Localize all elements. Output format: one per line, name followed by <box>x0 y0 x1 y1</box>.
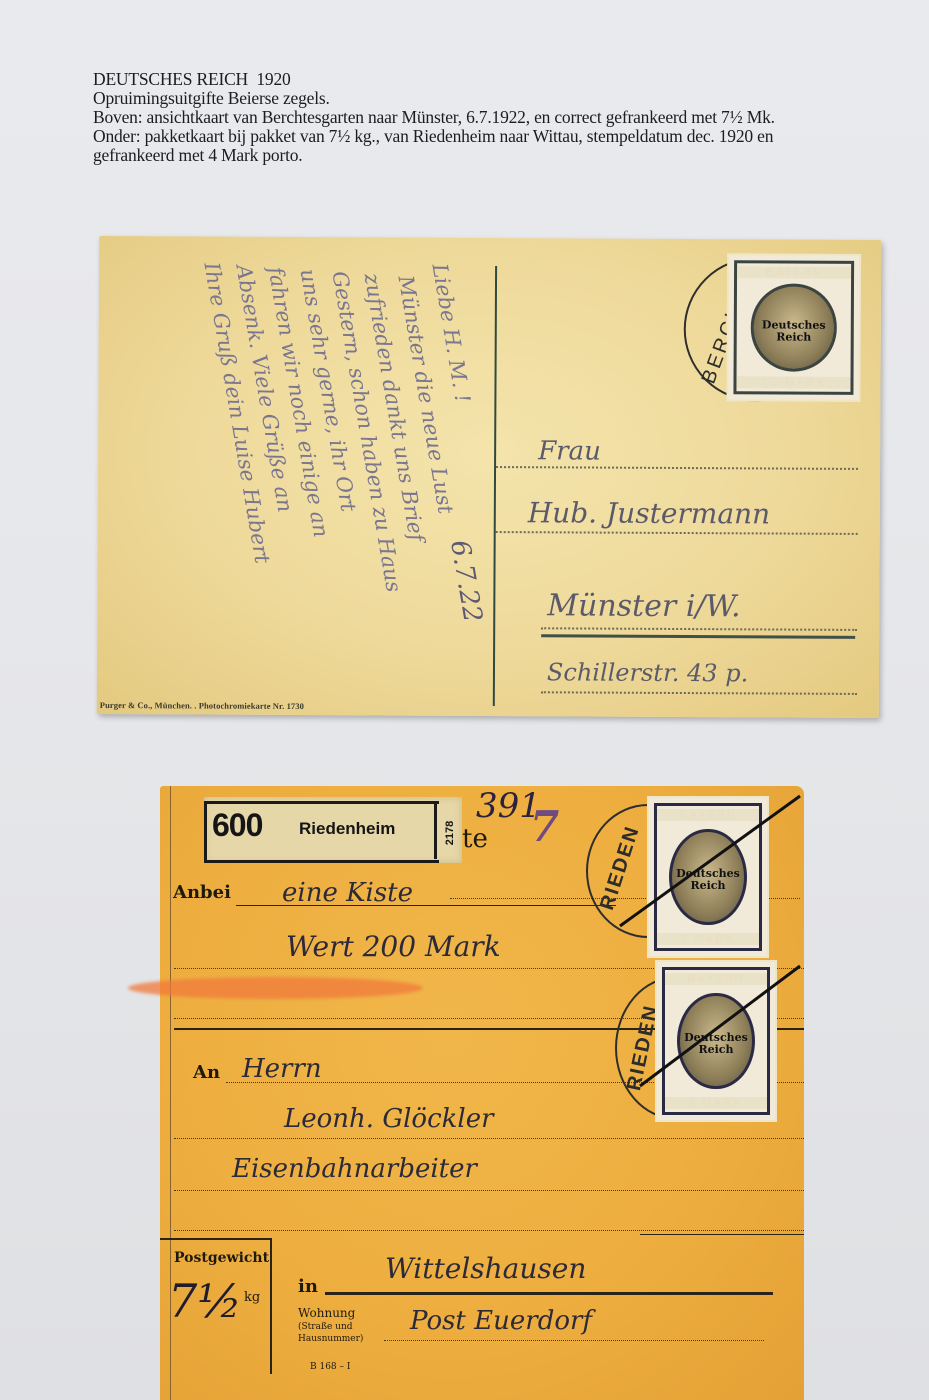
page-caption: DEUTSCHES REICH 1920 Opruimingsuitgifte … <box>93 70 833 165</box>
lower-dots <box>174 1230 804 1231</box>
caption-title: DEUTSCHES REICH 1920 <box>93 70 833 89</box>
weight-box: Postgewicht 7½ kg <box>160 1238 272 1374</box>
label-place: Riedenheim <box>299 819 395 839</box>
stamp-value: 1½ MARK <box>736 376 850 389</box>
message-date: 6.7.22 <box>444 538 488 625</box>
an-value: Herrn <box>242 1054 322 1084</box>
postcard-berchtesgaden: Liebe H. M. ! Münster die neue Lust zufr… <box>97 236 881 718</box>
an-label: An <box>193 1062 220 1083</box>
cancellation-strokes <box>600 786 804 1126</box>
wohnung-dots <box>384 1340 764 1341</box>
postcard-divider <box>493 266 497 706</box>
weight-label: Postgewicht <box>174 1250 269 1266</box>
stamp-bayern-1-5-mark: BAYERN Deutsches Reich 1½ MARK <box>728 255 859 400</box>
address-underline <box>541 634 855 639</box>
in-value: Wittelshausen <box>385 1252 586 1285</box>
label-code: 2178 <box>444 821 456 845</box>
wohnung-value: Post Euerdorf <box>410 1306 592 1336</box>
wohnung-sub-2: Hausnummer) <box>298 1334 363 1344</box>
anbei-value: eine Kiste <box>282 878 413 908</box>
caption-line-1: Opruimingsuitgifte Beierse zegels. <box>93 89 833 108</box>
address-line: Frau <box>538 436 601 466</box>
address-line: Schillerstr. 43 p. <box>547 658 748 687</box>
wohnung-label: Wohnung <box>298 1306 355 1320</box>
label-number: 600 <box>212 807 262 844</box>
recipient-occupation: Eisenbahnarbeiter <box>232 1154 477 1184</box>
purple-mark: 7 <box>530 802 559 851</box>
occupation-dots <box>174 1190 804 1191</box>
recipient-name: Leonh. Glöckler <box>284 1104 494 1134</box>
header-fragment: te <box>462 824 488 854</box>
label-separator <box>434 801 437 859</box>
address-rule <box>496 531 858 535</box>
parcel-card-riedenheim: 600 Riedenheim 2178 te 391 7 Anbei eine … <box>160 786 804 1400</box>
postcard-message: Liebe H. M. ! Münster die neue Lust zufr… <box>97 236 489 698</box>
orange-crayon-mark <box>128 977 423 999</box>
parcel-label: 600 Riedenheim 2178 <box>204 797 462 863</box>
address-rule <box>496 466 858 470</box>
stamp-country: BAYERN <box>737 266 851 279</box>
wert-value: Wert 200 Mark <box>286 930 501 963</box>
caption-line-3: Onder: pakketkaart bij pakket van 7½ kg.… <box>93 127 833 165</box>
form-number: B 168 – I <box>310 1362 350 1372</box>
publisher-imprint: Purger & Co., München. . Photochromiekar… <box>100 700 304 711</box>
name-dots <box>174 1138 804 1139</box>
address-rule <box>541 691 857 695</box>
stamp-overprint: Deutsches Reich <box>737 320 851 345</box>
weight-value: 7½ <box>168 1274 242 1328</box>
in-label: in <box>298 1276 318 1297</box>
address-rule <box>541 627 857 631</box>
in-rule <box>325 1292 773 1295</box>
address-line: Münster i/W. <box>547 588 740 624</box>
overprint-line-2: Reich <box>737 332 851 345</box>
stamp-frame: BAYERN Deutsches Reich 1½ MARK <box>733 260 854 395</box>
address-line: Hub. Justermann <box>528 496 770 530</box>
weight-unit: kg <box>244 1290 260 1305</box>
wohnung-sub-1: (Straße und <box>298 1322 353 1332</box>
lower-rule <box>640 1234 804 1235</box>
caption-line-2: Boven: ansichtkaart van Berchtesgarten n… <box>93 108 833 127</box>
anbei-label: Anbei <box>173 882 231 903</box>
